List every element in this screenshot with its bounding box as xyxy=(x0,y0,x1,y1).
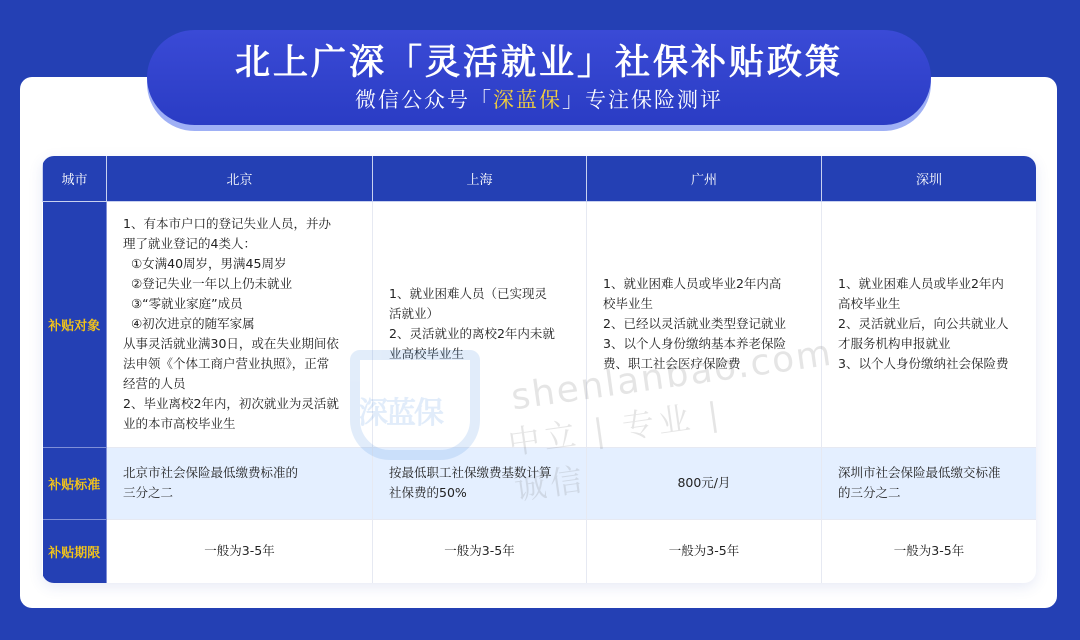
cell-text-line: 1、就业困难人员或毕业2年内 xyxy=(838,274,1024,294)
row-label-subsidy-standard: 补贴标准 xyxy=(43,447,107,519)
cell-text-line: 从事灵活就业满30日，或在失业期间依 xyxy=(123,334,360,354)
cell-guangzhou-target: 1、就业困难人员或毕业2年内高校毕业生2、已经以灵活就业类型登记就业3、以个人身… xyxy=(587,201,822,447)
cell-text-line: ④初次进京的随军家属 xyxy=(123,314,360,334)
table-row-subsidy-standard: 补贴标准 北京市社会保险最低缴费标准的三分之二 按最低职工社保缴费基数计算社保费… xyxy=(43,447,1037,519)
cell-text-line: 一般为3-5年 xyxy=(587,541,821,561)
cell-text-line: 法申领《个体工商户营业执照》，正常 xyxy=(123,354,360,374)
subtitle-suffix: 」专注保险测评 xyxy=(562,88,723,112)
header-banner: 北上广深「灵活就业」社保补贴政策 微信公众号「深蓝保」专注保险测评 xyxy=(147,30,931,125)
column-header-shenzhen: 深圳 xyxy=(822,156,1037,201)
cell-text-line: 深圳市社会保险最低缴交标准 xyxy=(838,463,1024,483)
cell-text-line: 活就业） xyxy=(389,304,574,324)
cell-text-line: 一般为3-5年 xyxy=(822,541,1036,561)
cell-text-line: ③“零就业家庭”成员 xyxy=(123,294,360,314)
cell-text-line: 1、就业困难人员（已实现灵 xyxy=(389,284,574,304)
cell-beijing-standard: 北京市社会保险最低缴费标准的三分之二 xyxy=(107,447,373,519)
cell-text-line: 2、灵活就业的离校2年内未就 xyxy=(389,324,574,344)
cell-text-line: 业的本市高校毕业生 xyxy=(123,414,360,434)
cell-text-line: 经营的人员 xyxy=(123,374,360,394)
cell-text-line: 业高校毕业生 xyxy=(389,344,574,364)
row-label-subsidy-target: 补贴对象 xyxy=(43,201,107,447)
cell-text-line: 三分之二 xyxy=(123,483,360,503)
cell-text-line: 高校毕业生 xyxy=(838,294,1024,314)
cell-text-line: 一般为3-5年 xyxy=(107,541,372,561)
cell-text-line: 按最低职工社保缴费基数计算 xyxy=(389,463,574,483)
table-row-subsidy-target: 补贴对象 1、有本市户口的登记失业人员，并办理了就业登记的4类人： ①女满40周… xyxy=(43,201,1037,447)
row-label-subsidy-period: 补贴期限 xyxy=(43,519,107,583)
cell-text-line: 北京市社会保险最低缴费标准的 xyxy=(123,463,360,483)
policy-table-container: 城市 北京 上海 广州 深圳 补贴对象 1、有本市户口的登记失业人员，并办理了就… xyxy=(42,156,1036,583)
table-row-subsidy-period: 补贴期限 一般为3-5年 一般为3-5年 一般为3-5年 一般为3-5年 xyxy=(43,519,1037,583)
cell-text-line: 校毕业生 xyxy=(603,294,809,314)
cell-text-line: ②登记失业一年以上仍未就业 xyxy=(123,274,360,294)
cell-shenzhen-period: 一般为3-5年 xyxy=(822,519,1037,583)
cell-text-line: 一般为3-5年 xyxy=(373,541,586,561)
cell-text-line: 2、灵活就业后，向公共就业人 xyxy=(838,314,1024,334)
cell-text-line: 费、职工社会医疗保险费 xyxy=(603,354,809,374)
cell-beijing-period: 一般为3-5年 xyxy=(107,519,373,583)
cell-shenzhen-standard: 深圳市社会保险最低缴交标准的三分之二 xyxy=(822,447,1037,519)
cell-text-line: 的三分之二 xyxy=(838,483,1024,503)
page-title: 北上广深「灵活就业」社保补贴政策 xyxy=(147,42,931,84)
cell-text-line: ①女满40周岁，男满45周岁 xyxy=(123,254,360,274)
cell-shanghai-standard: 按最低职工社保缴费基数计算社保费的50% xyxy=(373,447,587,519)
cell-guangzhou-period: 一般为3-5年 xyxy=(587,519,822,583)
column-header-beijing: 北京 xyxy=(107,156,373,201)
cell-text-line: 2、已经以灵活就业类型登记就业 xyxy=(603,314,809,334)
page-subtitle: 微信公众号「深蓝保」专注保险测评 xyxy=(147,86,931,114)
cell-text-line: 1、有本市户口的登记失业人员，并办 xyxy=(123,214,360,234)
cell-shanghai-target: 1、就业困难人员（已实现灵活就业）2、灵活就业的离校2年内未就业高校毕业生 xyxy=(373,201,587,447)
cell-text-line: 理了就业登记的4类人： xyxy=(123,234,360,254)
cell-shenzhen-target: 1、就业困难人员或毕业2年内高校毕业生2、灵活就业后，向公共就业人才服务机构申报… xyxy=(822,201,1037,447)
table-header-row: 城市 北京 上海 广州 深圳 xyxy=(43,156,1037,201)
policy-table: 城市 北京 上海 广州 深圳 补贴对象 1、有本市户口的登记失业人员，并办理了就… xyxy=(42,156,1036,583)
column-header-shanghai: 上海 xyxy=(373,156,587,201)
cell-beijing-target: 1、有本市户口的登记失业人员，并办理了就业登记的4类人： ①女满40周岁，男满4… xyxy=(107,201,373,447)
cell-guangzhou-standard: 800元/月 xyxy=(587,447,822,519)
cell-shanghai-period: 一般为3-5年 xyxy=(373,519,587,583)
cell-text-line: 3、以个人身份缴纳基本养老保险 xyxy=(603,334,809,354)
column-header-city: 城市 xyxy=(43,156,107,201)
cell-text-line: 才服务机构申报就业 xyxy=(838,334,1024,354)
cell-text-line: 3、以个人身份缴纳社会保险费 xyxy=(838,354,1024,374)
cell-text-line: 2、毕业离校2年内，初次就业为灵活就 xyxy=(123,394,360,414)
subtitle-brand: 深蓝保 xyxy=(493,88,562,112)
cell-text-line: 1、就业困难人员或毕业2年内高 xyxy=(603,274,809,294)
subtitle-prefix: 微信公众号「 xyxy=(355,88,493,112)
cell-text-line: 800元/月 xyxy=(587,473,821,493)
column-header-guangzhou: 广州 xyxy=(587,156,822,201)
cell-text-line: 社保费的50% xyxy=(389,483,574,503)
